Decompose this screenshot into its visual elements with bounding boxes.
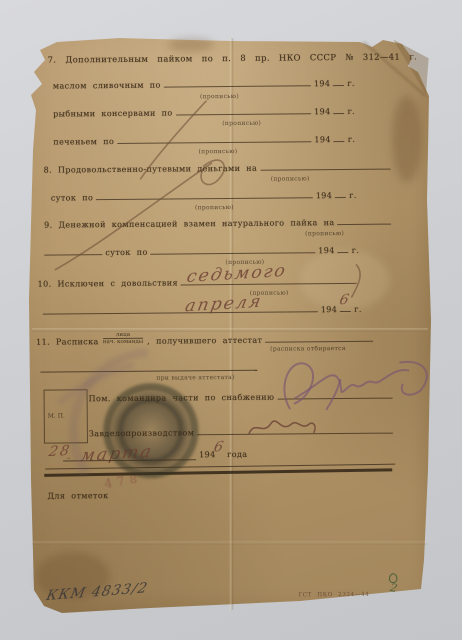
pen-check-strokes <box>54 100 360 300</box>
photo-of-document: 7. Дополнительным пайком по п. 8 пр. НКО… <box>0 0 462 640</box>
clerk-signature <box>249 421 315 434</box>
green-mark-scribble <box>389 574 397 583</box>
officer-signature <box>284 362 427 410</box>
form-content: 7. Дополнительным пайком по п. 8 пр. НКО… <box>0 0 462 640</box>
ink-strokes-overlay <box>0 0 462 640</box>
folded-corner <box>393 39 428 94</box>
seal-rings <box>106 386 195 475</box>
